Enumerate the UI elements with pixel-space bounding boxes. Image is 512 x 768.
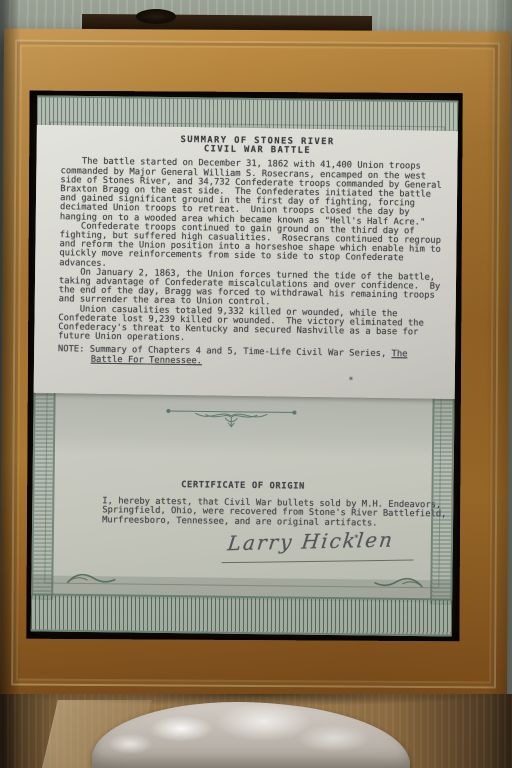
corner-flourish-left-icon bbox=[65, 569, 117, 593]
summary-paragraph-1: The battle started on December 31, 1862 … bbox=[60, 158, 454, 228]
picture-frame: SUMMARY OF STONES RIVER CIVIL WAR BATTLE… bbox=[0, 28, 511, 699]
certificate-of-origin-section: CERTIFICATE OF ORIGIN I, hereby attest, … bbox=[32, 479, 454, 529]
summary-sheet: SUMMARY OF STONES RIVER CIVIL WAR BATTLE… bbox=[31, 125, 459, 399]
source-note: NOTE: Summary of Chapters 4 and 5, Time-… bbox=[58, 346, 451, 370]
certificate-border-bottom bbox=[31, 593, 452, 636]
note-asterisk: * bbox=[348, 375, 353, 384]
note-underlined-title-part2: Battle For Tennessee. bbox=[91, 354, 202, 366]
flourish-divider-icon bbox=[165, 405, 297, 438]
certificate-paper: SUMMARY OF STONES RIVER CIVIL WAR BATTLE… bbox=[31, 95, 459, 636]
origin-body: I, hereby attest, that Civil War bullets… bbox=[102, 497, 453, 529]
summary-title: SUMMARY OF STONES RIVER CIVIL WAR BATTLE bbox=[61, 134, 454, 158]
note-underlined-title-part1: The bbox=[391, 350, 407, 360]
signature: Larry Hicklen bbox=[226, 527, 429, 556]
corner-flourish-right-icon bbox=[372, 573, 424, 597]
summary-paragraph-2: Confederate troops continued to gain gro… bbox=[59, 222, 453, 274]
hanger-knob bbox=[136, 9, 176, 24]
summary-paragraph-4: Union casualities totaled 9,332 killed o… bbox=[58, 305, 452, 348]
frame-opening: SUMMARY OF STONES RIVER CIVIL WAR BATTLE… bbox=[26, 91, 462, 642]
photo-of-framed-certificate: SUMMARY OF STONES RIVER CIVIL WAR BATTLE… bbox=[0, 0, 512, 768]
